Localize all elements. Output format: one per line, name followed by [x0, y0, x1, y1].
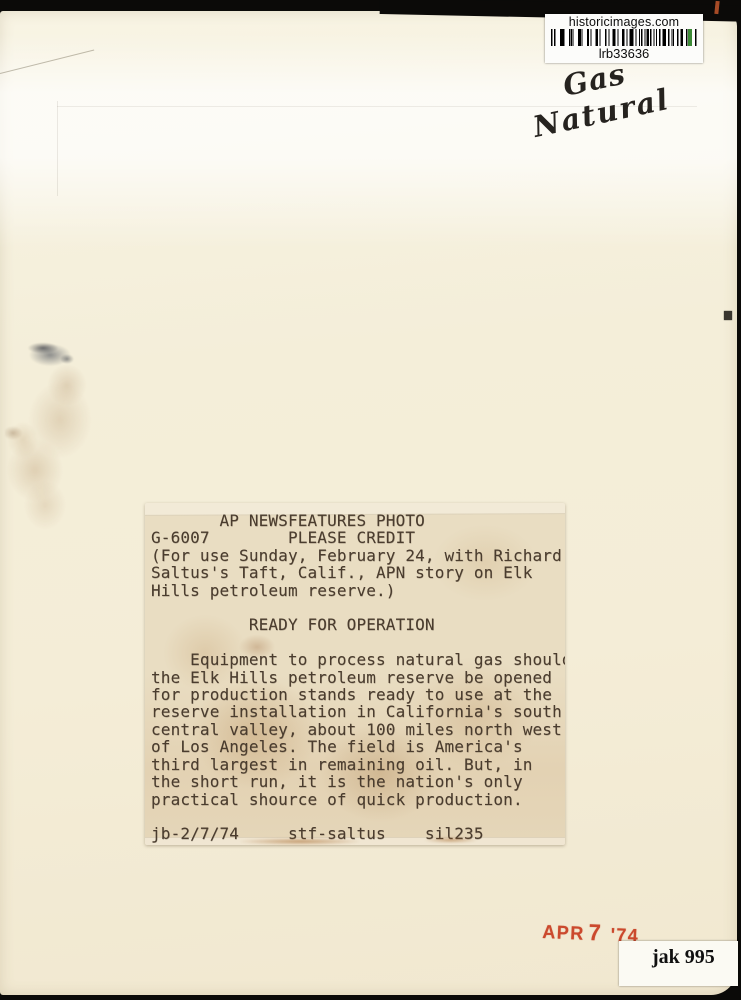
- barcode-site-text: historicimages.com: [545, 15, 703, 29]
- left-stain: [5, 325, 120, 530]
- dark-square-mark: [724, 311, 732, 320]
- caption-sticker: AP NEWSFEATURES PHOTO G-6007 PLEASE CRED…: [145, 503, 565, 845]
- barcode: [551, 29, 697, 46]
- barcode-sticker: historicimages.com lrb33636: [545, 14, 703, 63]
- caption-text: AP NEWSFEATURES PHOTO G-6007 PLEASE CRED…: [151, 512, 565, 843]
- stamp-month: APR: [542, 922, 585, 945]
- barcode-id-text: lrb33636: [545, 46, 703, 61]
- barcode-green-bar: [688, 29, 692, 46]
- adhesive-stain: [425, 837, 477, 843]
- photo-scan: Gas Natural AP NEWSFEATURES PHOTO G-6007…: [0, 0, 741, 1000]
- dealer-tag: jak 995: [619, 941, 738, 986]
- stamp-day: 7: [588, 919, 603, 946]
- crease-line-vertical: [57, 101, 58, 196]
- dealer-tag-text: jak 995: [619, 941, 738, 969]
- adhesive-stain: [240, 838, 360, 845]
